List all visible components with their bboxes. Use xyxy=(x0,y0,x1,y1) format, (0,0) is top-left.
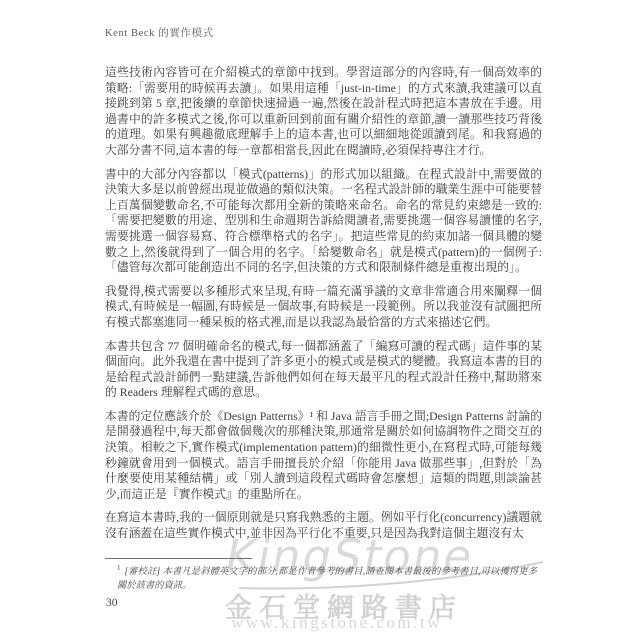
paragraph: 書中的大部分內容都以「模式(patterns)」的形式加以組織。在程式設計中,需… xyxy=(105,167,542,276)
paragraph: 在寫這本書時,我的一個原則就是只寫我熟悉的主題。例如平行化(concurrenc… xyxy=(105,510,542,541)
paragraph: 本書的定位應該介於《Design Patterns》¹ 和 Java 語言手冊之… xyxy=(105,409,542,503)
footnote-rule xyxy=(105,558,252,559)
running-header: Kent Beck 的實作模式 xyxy=(105,25,214,40)
paragraph: 我覺得,模式需要以多種形式來呈現,有時一篇充滿爭議的文章非常適合用來闡釋一個模式… xyxy=(105,284,542,331)
footnote-marker: 1 xyxy=(117,564,121,572)
book-page: Kent Beck 的實作模式 KingStone 金石堂網路書店 www.ki… xyxy=(0,0,640,640)
page-number: 30 xyxy=(106,597,118,609)
paragraph: 本書共包含 77 個明確命名的模式,每一個都涵蓋了「編寫可讀的程式碼」這件事的某… xyxy=(105,339,542,401)
footnote-text: [審校註] 本書凡是斜體英文字的部分,都是作者參考的書目,請查閱本書最後的參考書… xyxy=(117,567,537,591)
paragraph: 這些技術內容皆可在介紹模式的章節中找到。學習這部分的內容時,有一個高效率的策略:… xyxy=(105,65,542,159)
footnote: 1[審校註] 本書凡是斜體英文字的部分,都是作者參考的書目,請查閱本書最後的參考… xyxy=(117,562,537,593)
kingstone-url-watermark: www.kingstone.com.tw xyxy=(231,613,442,633)
body-text: 這些技術內容皆可在介紹模式的章節中找到。學習這部分的內容時,有一個高效率的策略:… xyxy=(105,65,542,550)
